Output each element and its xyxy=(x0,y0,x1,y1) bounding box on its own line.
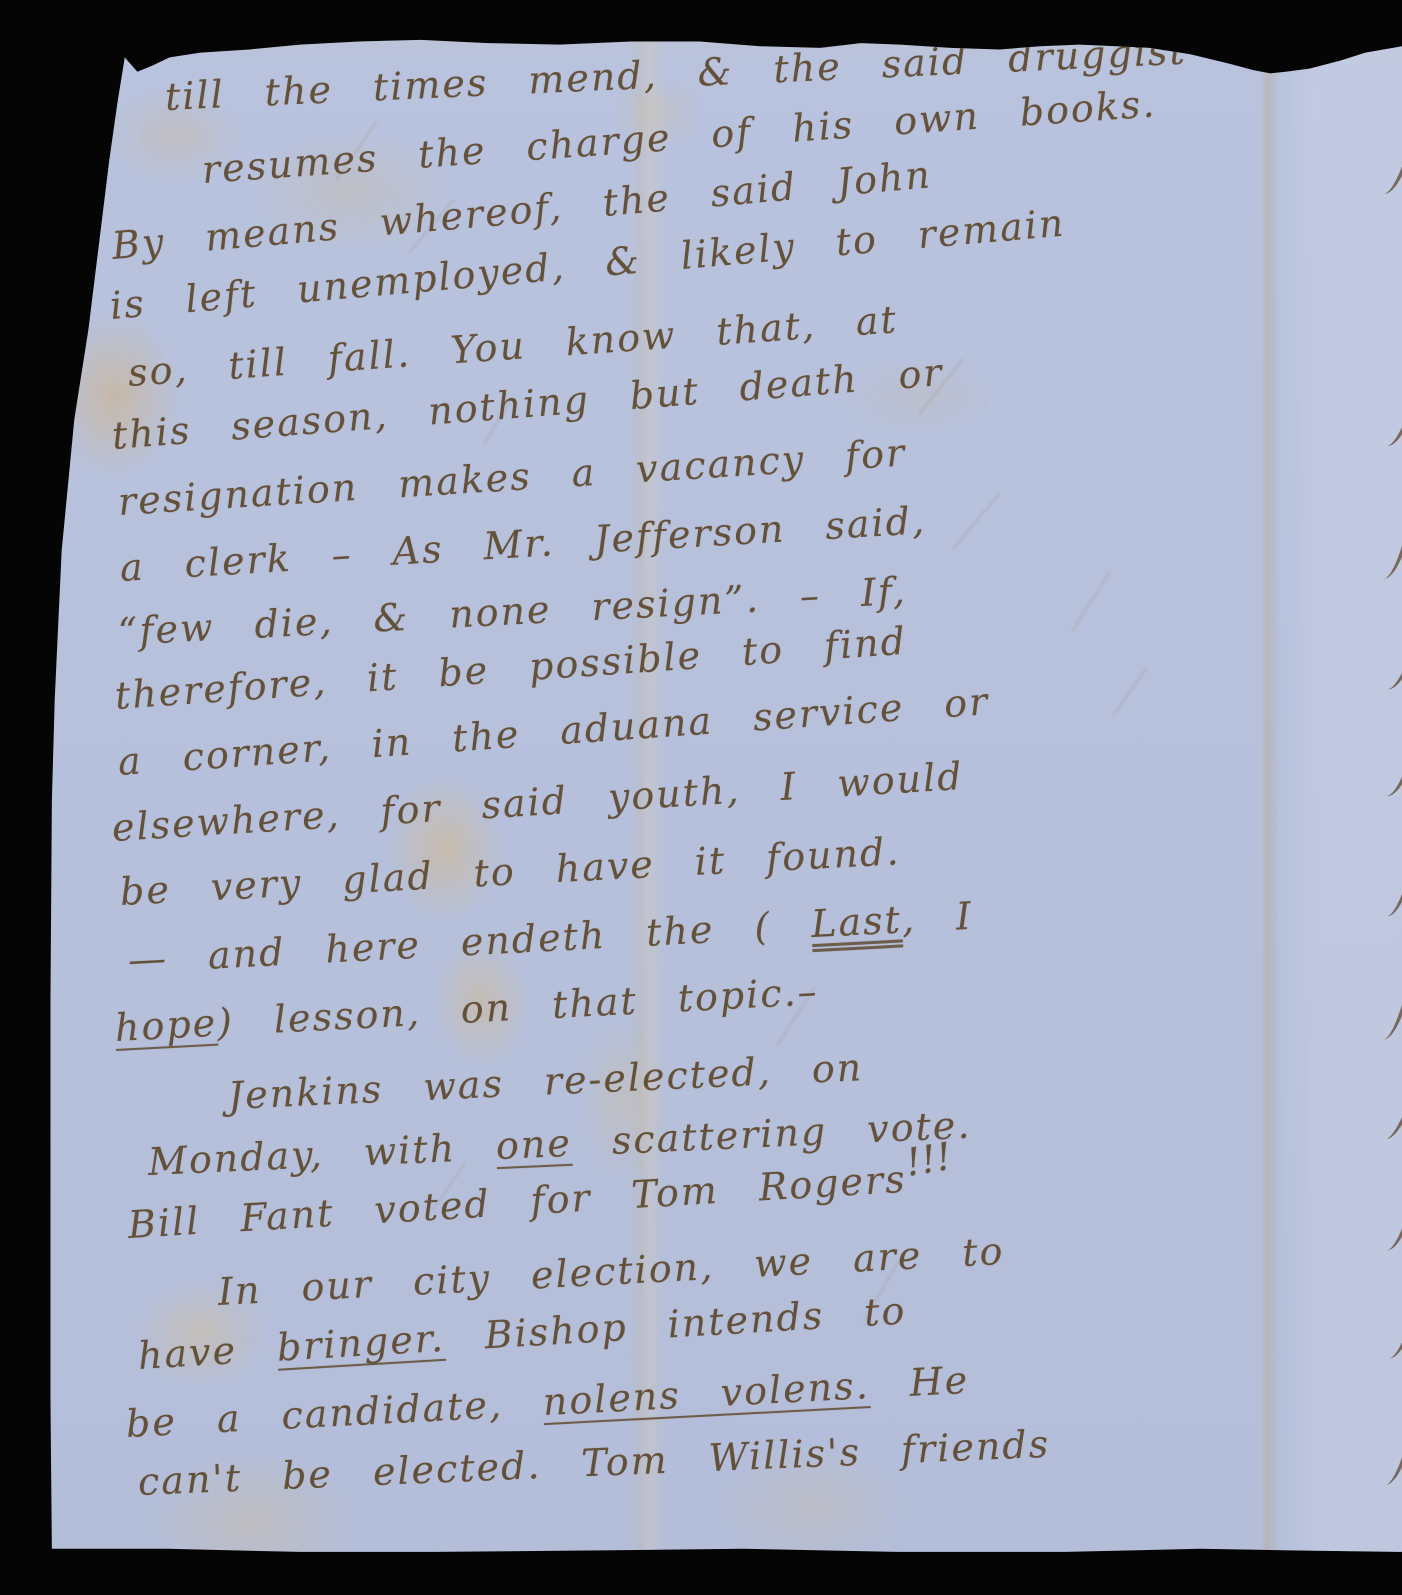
ink-fragment xyxy=(1380,1436,1402,1487)
exclamation-marks: !!! xyxy=(902,1134,954,1185)
show-through-mark xyxy=(952,493,1001,550)
ink-fragment xyxy=(1378,526,1402,581)
handwritten-line: Jenkins was re-elected, on xyxy=(227,1045,864,1118)
ink-fragment xyxy=(1381,866,1402,919)
ink-fragment xyxy=(1380,1206,1402,1254)
line-text: He xyxy=(868,1358,970,1407)
ink-fragment xyxy=(1380,756,1402,800)
underlined-word: bringer. xyxy=(276,1316,446,1370)
line-text: — and here endeth the ( xyxy=(127,902,812,982)
handwritten-line: hope) lesson, on that topic.– xyxy=(114,969,820,1050)
scanned-letter-image: till the times mend, & the said druggist… xyxy=(0,0,1402,1595)
underlined-word: hope xyxy=(114,1001,218,1050)
line-text: ) lesson, on that topic.– xyxy=(216,969,820,1044)
ink-fragment xyxy=(1382,646,1402,694)
underlined-word: nolens volens. xyxy=(542,1363,871,1424)
ink-fragment xyxy=(1381,1093,1402,1142)
line-text: , I xyxy=(901,894,974,942)
ink-fragment xyxy=(1376,148,1402,198)
line-text: Bishop intends to xyxy=(443,1288,907,1359)
show-through-mark xyxy=(1071,570,1112,633)
line-text: have xyxy=(137,1326,279,1378)
letter-page: till the times mend, & the said druggist… xyxy=(0,0,1402,1595)
right-fold-crease xyxy=(1262,50,1278,1547)
line-text: be a candidate, xyxy=(125,1380,544,1446)
ink-fragment xyxy=(1384,1316,1402,1362)
ink-fragment xyxy=(1378,983,1402,1042)
ink-fragment xyxy=(1382,406,1402,450)
show-through-mark xyxy=(1112,666,1149,717)
double-underlined-word: Last xyxy=(810,897,903,946)
underlined-word: one xyxy=(495,1121,573,1168)
line-text: Monday, with xyxy=(147,1124,497,1184)
